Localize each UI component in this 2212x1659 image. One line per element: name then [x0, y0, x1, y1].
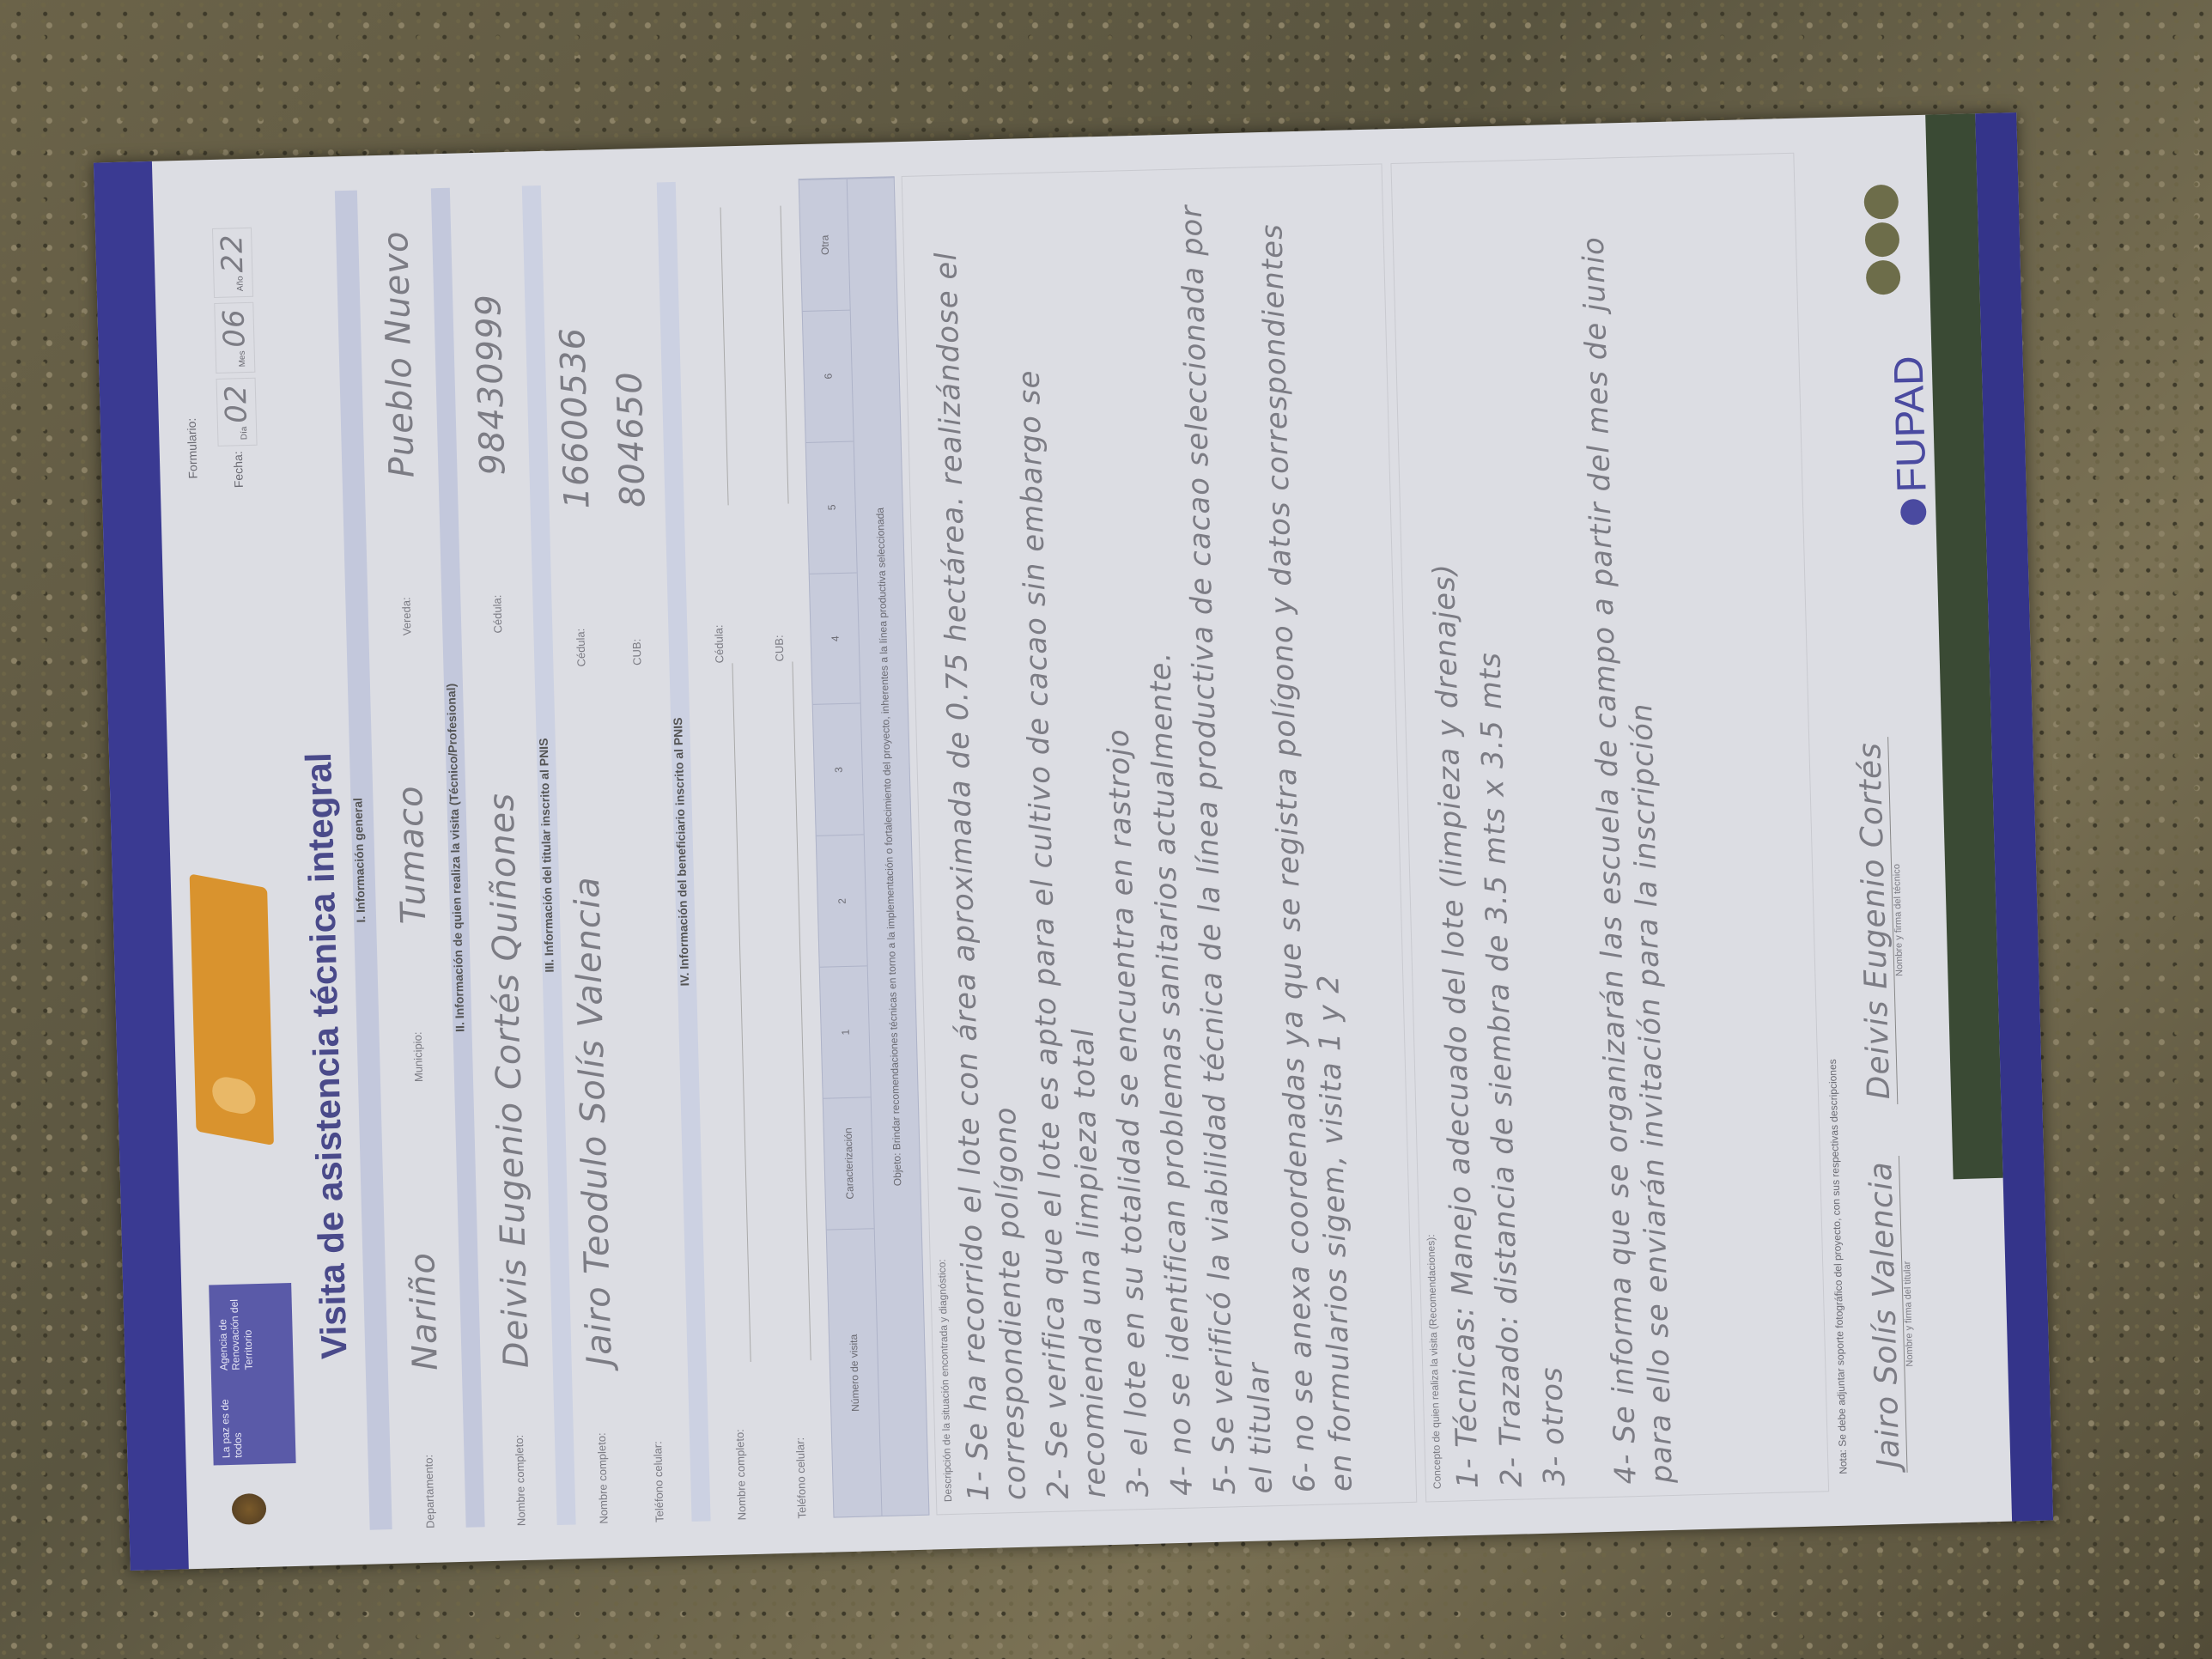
holder-cub-field[interactable]: 804650 — [605, 210, 653, 507]
visitor-id-field[interactable]: 98430999 — [466, 186, 513, 476]
visit-option[interactable]: Caracterización — [823, 1097, 874, 1229]
form-number-label: Formulario: — [185, 418, 200, 479]
badge-icon — [212, 1074, 256, 1116]
visit-option[interactable]: 4 — [810, 572, 860, 704]
recommendations-section[interactable]: Concepto de quien realiza la visita (Rec… — [1390, 153, 1829, 1503]
holder-signature-block: Jairo Solís Valencia Nombre y firma del … — [1863, 1155, 1918, 1474]
visit-option[interactable]: 6 — [803, 309, 854, 441]
signatures: Jairo Solís Valencia Nombre y firma del … — [1852, 736, 1917, 1474]
visit-option[interactable]: 5 — [806, 441, 857, 573]
municipio-field[interactable]: Tumaco — [386, 635, 434, 925]
visit-option[interactable]: 1 — [820, 966, 871, 1098]
diagnosis-section[interactable]: Descripción de la situación encontrada y… — [902, 163, 1418, 1515]
circle-icon — [1866, 260, 1901, 295]
date-month[interactable]: Mes06 — [214, 302, 255, 374]
photo-note: Nota: Se debe adjuntar soporte fotográfi… — [1826, 1059, 1850, 1474]
holder-phone-field[interactable] — [637, 665, 655, 1364]
circle-icon — [1863, 185, 1899, 220]
pdpl-logo — [1863, 185, 1900, 295]
beneficiary-name-field[interactable] — [706, 663, 750, 1363]
visit-option[interactable]: 3 — [813, 703, 864, 836]
date-day[interactable]: Día02 — [216, 378, 258, 447]
date-field: Fecha: Día02 Mes06 Año22 — [212, 228, 258, 489]
beneficiary-id-field[interactable] — [694, 208, 728, 506]
fupad-logo: FUPAD — [1886, 355, 1937, 526]
date-year[interactable]: Año22 — [212, 228, 253, 298]
visitor-name-field[interactable]: Deivis Eugenio Cortés Quiñones — [477, 633, 536, 1369]
vereda-field[interactable]: Pueblo Nuevo — [375, 189, 422, 478]
photo-background: La paz es de todos Agencia de Renovación… — [94, 103, 2052, 1580]
visit-option[interactable]: Otra — [799, 179, 850, 311]
holder-id-field[interactable]: 16600536 — [550, 211, 597, 509]
technician-signature-block: Deivis Eugenio Cortés Nombre y firma del… — [1852, 736, 1908, 1104]
beneficiary-phone-field[interactable] — [766, 661, 811, 1361]
recommendation-item: 4- Se informa que se organizarán las esc… — [1573, 169, 1680, 1485]
departamento-field[interactable]: Nariño — [398, 1081, 446, 1370]
beneficiary-cub-field[interactable] — [754, 206, 788, 504]
form-page: La paz es de todos Agencia de Renovación… — [94, 112, 2053, 1571]
holder-name-field[interactable]: Jairo Teodulo Solís Valencia — [562, 666, 619, 1366]
visit-option[interactable]: 2 — [817, 835, 867, 967]
coat-of-arms-icon — [232, 1493, 267, 1525]
circle-icon — [1864, 222, 1899, 258]
globe-icon — [1899, 499, 1926, 526]
pnis-badge-logo — [190, 873, 274, 1145]
government-logo: La paz es de todos Agencia de Renovación… — [209, 1283, 295, 1465]
form-header: La paz es de todos Agencia de Renovación… — [163, 192, 319, 1534]
